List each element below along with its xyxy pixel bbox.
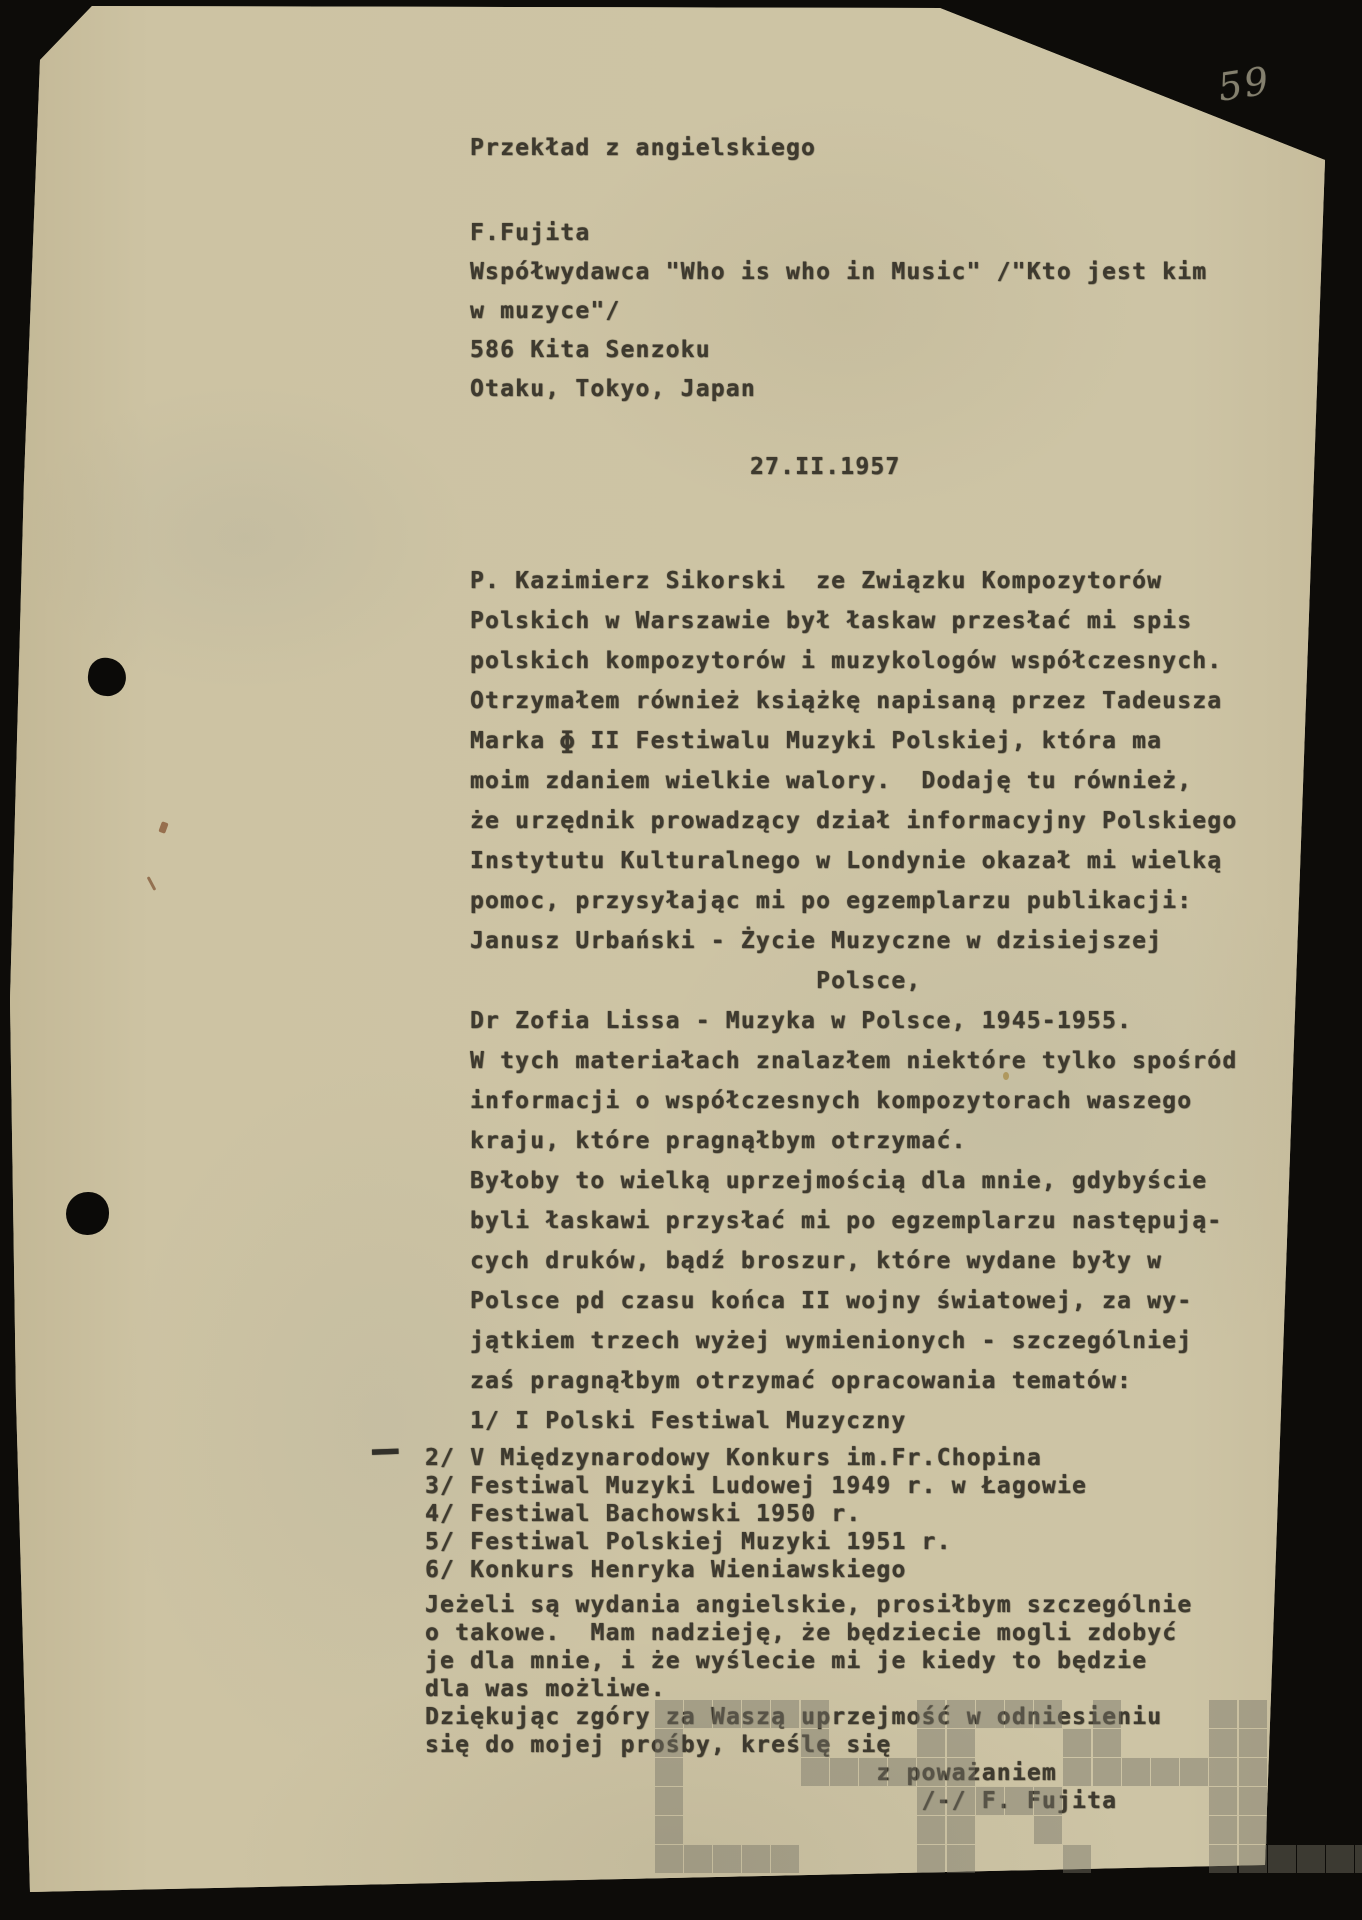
closing-block: Jeżeli są wydania angielskie, prosiłbym …: [425, 1591, 1192, 1815]
watermark-pixel: [1268, 1845, 1296, 1873]
translation-note: Przekład z angielskiego: [470, 128, 816, 168]
letter-date: 27.II.1957: [750, 447, 900, 487]
handwritten-page-number: 59: [1215, 58, 1274, 110]
watermark-pixel: [1326, 1845, 1354, 1873]
watermark-pixel: [1297, 1845, 1325, 1873]
punch-hole-bottom: [66, 1192, 109, 1235]
scan-background: Przekład z angielskiego F.Fujita Współwy…: [0, 0, 1362, 1920]
sender-address-block: F.Fujita Współwydawca "Who is who in Mus…: [470, 214, 1207, 409]
letter-body: P. Kazimierz Sikorski ze Związku Kompozy…: [470, 561, 1237, 1441]
request-list: 2/ V Międzynarodowy Konkurs im.Fr.Chopin…: [425, 1444, 1087, 1584]
paper-speck: [1003, 1072, 1009, 1080]
handwritten-margin-mark: —: [371, 1424, 397, 1476]
watermark-pixel: [1355, 1845, 1362, 1873]
